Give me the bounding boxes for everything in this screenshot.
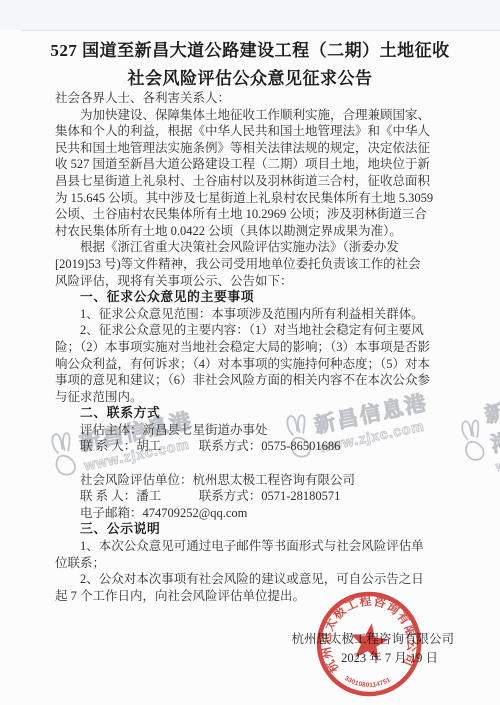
- document-line: 社会各界人士、各利害关系人：: [55, 90, 457, 107]
- section-heading: 二、联系方式: [55, 405, 457, 422]
- document-line: 村农民集体所有土地 0.0422 公顷（具体以勘测定界成果为准）。: [55, 223, 457, 240]
- document-line: 2、征求公众意见的主要内容：（1）对当地社会稳定有何主要风: [55, 322, 457, 339]
- document-line: 社会风险评估单位：杭州思太极工程咨询有限公司: [55, 472, 457, 489]
- document-line: 评估主体：新昌县七星街道办事处: [55, 422, 457, 439]
- document-line: 根据《浙江省重大决策社会风险评估实施办法》（浙委办发: [55, 239, 457, 256]
- document-line: 昌县七星街道上礼泉村、土谷庙村以及羽林街道三合村，征收总面积: [55, 173, 457, 190]
- document-line: 联 系 人：胡工 联系方式：0575-86501686: [55, 438, 457, 455]
- document-line: [55, 455, 457, 472]
- document-line: 位联系；: [55, 555, 457, 572]
- seal-registration-number: 3301080114751: [343, 675, 393, 689]
- section-heading: 一、征求公众意见的主要事项: [55, 289, 457, 306]
- document-line: 集体和个人的利益，根据《中华人民共和国土地管理法》和《中华人: [55, 123, 457, 140]
- scanned-notice-page: 新昌信息港 www.zjxc.com 新昌信息港 www.zjxc.com 新昌…: [0, 0, 500, 705]
- document-line: 响公众利益，有何诉求；（4）对本事项的实施持何种态度；（5）对本: [55, 356, 457, 373]
- notice-title-line2: 社会风险评估公众意见征求公告: [0, 64, 500, 89]
- document-line: 1、征求公众意见范围：本事项涉及范围内所有利益相关群体。: [55, 306, 457, 323]
- page-edge-line: [22, 30, 500, 31]
- section-heading: 三、公示说明: [55, 521, 457, 538]
- document-body: 社会各界人士、各利害关系人：为加快建设、保障集体土地征收工作顺利实施，合理兼顾国…: [55, 90, 457, 604]
- document-line: 为加快建设、保障集体土地征收工作顺利实施，合理兼顾国家、: [55, 107, 457, 124]
- document-line: 与征求范围内。: [55, 389, 457, 406]
- document-line: [2019]53 号)等文件精神，我公司受用地单位委托负责该工作的社会: [55, 256, 457, 273]
- document-line: 1、本次公众意见可通过电子邮件等书面形式与社会风险评估单: [55, 538, 457, 555]
- document-line: 风险评估，现将有关事项公示、公告如下：: [55, 273, 457, 290]
- document-line: 公顷、土谷庙村农民集体所有土地 10.2969 公顷；涉及羽林街道三合: [55, 206, 457, 223]
- document-line: 事项的意见和建议；（6）非社会风险方面的相关内容不在本次公众参: [55, 372, 457, 389]
- document-line: 民共和国土地管理法实施条例》等相关法律法规的规定，决定依法征: [55, 140, 457, 157]
- document-line: 2、公众对本次事项有社会风险的建议或意见，可自公示告之日: [55, 571, 457, 588]
- notice-title-line1: 527 国道至新昌大道公路建设工程（二期）土地征收: [0, 36, 500, 61]
- company-seal-stamp: 杭州思太极工程咨询有限公司 3301080114751: [313, 588, 425, 700]
- document-line: 险；（2）本事项实施对当地社会稳定大局的影响；（3）本事项是否影: [55, 339, 457, 356]
- watermark-tile: 新昌信息港 www.zjxc.com: [450, 377, 500, 481]
- scan-top-margin: [0, 0, 500, 30]
- document-line: 收 527 国道至新昌大道公路建设工程（二期）项目土地，地块位于新: [55, 156, 457, 173]
- seal-star-icon: [348, 621, 391, 662]
- document-line: 联 系 人：潘工 联系方式：0571-28180571: [55, 488, 457, 505]
- document-line: 为 15.645 公顷。其中涉及七星街道上礼泉村农民集体所有土地 5.3059: [55, 190, 457, 207]
- document-line: 电子邮箱：474709252@qq.com: [55, 505, 457, 522]
